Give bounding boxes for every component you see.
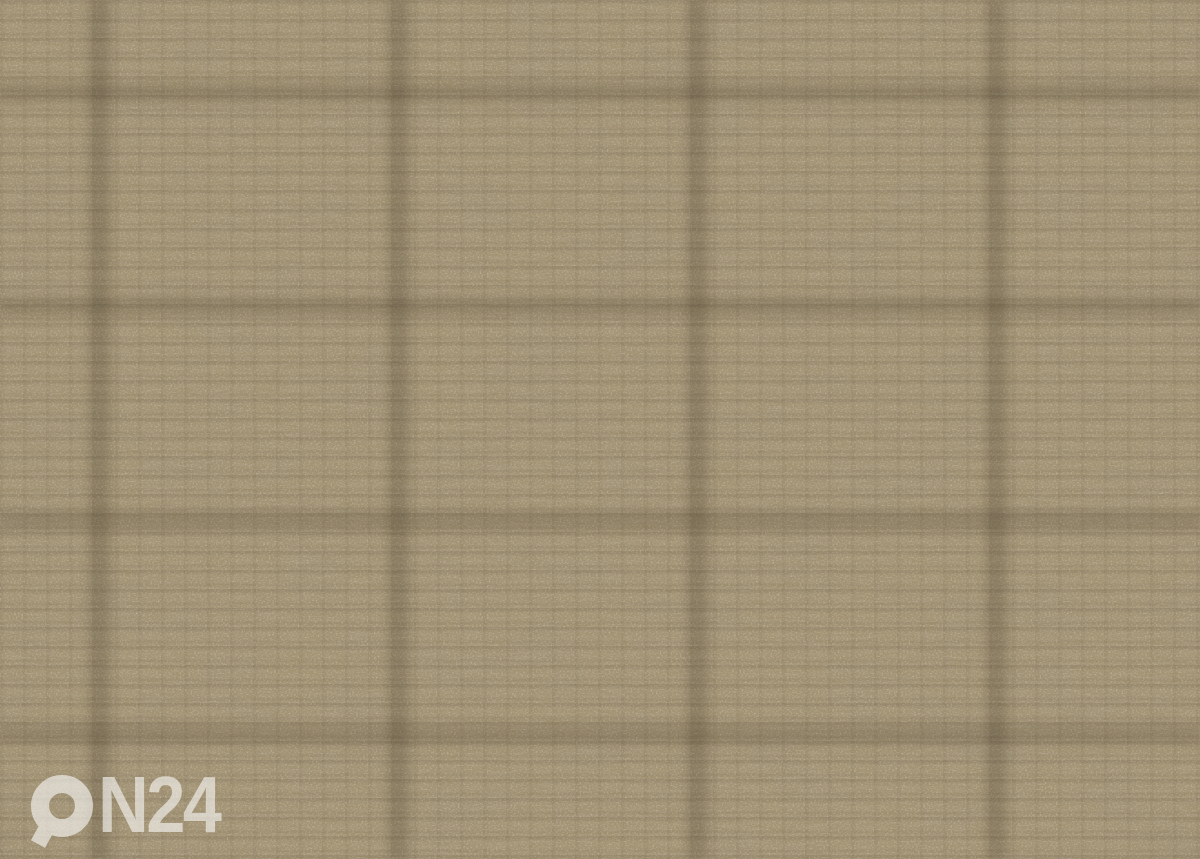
carpet-texture-photo: N24 — [0, 0, 1200, 859]
carpet-light-fiber-layer — [0, 0, 1200, 859]
carpet-texture — [0, 0, 1200, 859]
on24-logo-o-icon — [38, 784, 84, 844]
on24-watermark-text: N24 — [98, 760, 222, 849]
on24-watermark: N24 — [24, 766, 264, 859]
